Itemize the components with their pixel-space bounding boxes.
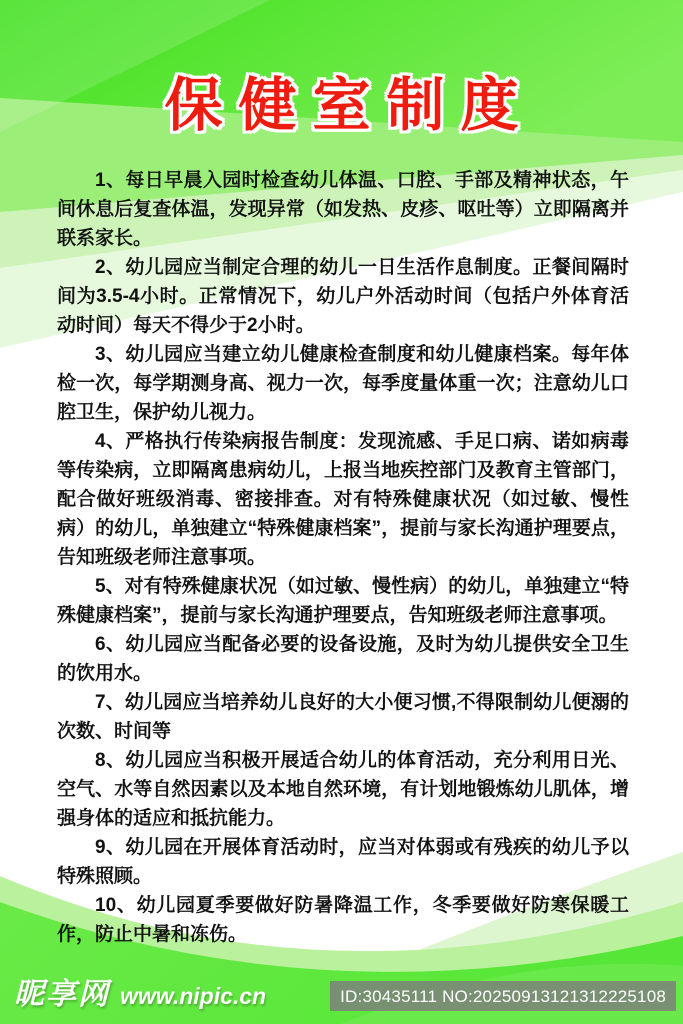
rule-item-9: 9、幼儿园在开展体育活动时，应当对体弱或有残疾的幼儿予以特殊照顾。: [57, 833, 629, 891]
rule-item-3: 3、幼儿园应当建立幼儿健康检查制度和幼儿健康档案。每年体检一次，每学期测身高、视…: [57, 340, 629, 427]
rules-list: 1、每日早晨入园时检查幼儿体温、口腔、手部及精神状态，午间休息后复查体温，发现异…: [57, 166, 629, 949]
rule-item-7: 7、幼儿园应当培养幼儿良好的大小便习惯,不得限制幼儿便溺的次数、时间等: [57, 688, 629, 746]
page-title: 保健室制度: [148, 74, 534, 138]
image-id-badge: ID:30435111 NO:20250913121312225108: [330, 981, 676, 1011]
rule-item-6: 6、幼儿园应当配备必要的设备设施，及时为幼儿提供安全卫生的饮用水。: [57, 630, 629, 688]
rule-item-5: 5、对有特殊健康状况（如过敏、慢性病）的幼儿，单独建立“特殊健康档案”，提前与家…: [57, 572, 629, 630]
title-area: 保健室制度: [0, 74, 683, 138]
rule-item-1: 1、每日早晨入园时检查幼儿体温、口腔、手部及精神状态，午间休息后复查体温，发现异…: [57, 166, 629, 253]
watermark-site-url: www.nipic.cn: [120, 983, 266, 1010]
watermark-site-name: 昵享网: [14, 969, 110, 1013]
watermark: 昵享网 www.nipic.cn: [14, 969, 266, 1013]
rule-item-10: 10、幼儿园夏季要做好防暑降温工作，冬季要做好防寒保暖工作，防止中暑和冻伤。: [57, 891, 629, 949]
rule-item-4: 4、严格执行传染病报告制度：发现流感、手足口病、诺如病毒等传染病，立即隔离患病幼…: [57, 427, 629, 572]
rule-item-2: 2、幼儿园应当制定合理的幼儿一日生活作息制度。正餐间隔时间为3.5-4小时。正常…: [57, 253, 629, 340]
rule-item-8: 8、幼儿园应当积极开展适合幼儿的体育活动，充分利用日光、空气、水等自然因素以及本…: [57, 746, 629, 833]
